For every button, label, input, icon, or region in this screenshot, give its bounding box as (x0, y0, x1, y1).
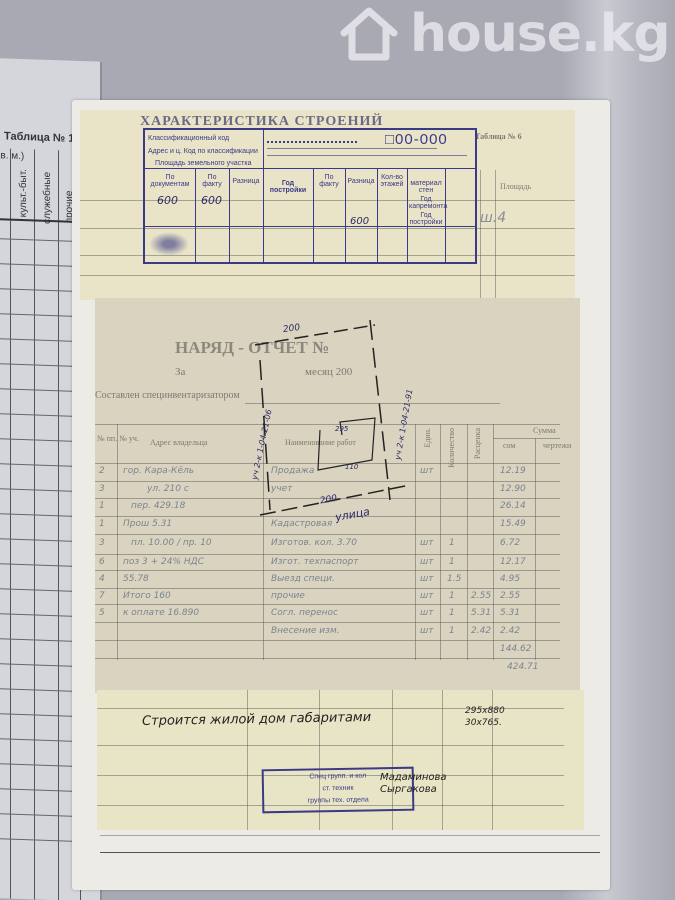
stamp-row-classification: Классификационный код (148, 135, 229, 142)
characteristics-stamp: Классификационный код Адрес и ц. Код по … (143, 128, 477, 264)
stamp-header-wall-material: материал стен (409, 180, 443, 195)
stamp-header-by-fact: По факту (197, 174, 227, 189)
stamp-value-by-fact: 600 (201, 194, 222, 207)
work-order-composed-label: Составлен специнвентаризатором (95, 390, 240, 401)
stamp-row-address: Адрес и ц. Код по классификации (148, 148, 258, 155)
stamp-value-handwritten: 600 (350, 216, 369, 227)
stamp-code: □00-000 (385, 132, 448, 148)
stamp-value-by-documents: 600 (157, 194, 178, 207)
col-header-sum-drawings: чертежи (543, 441, 571, 450)
total-1: 144.62 (500, 644, 532, 654)
house-icon (338, 5, 400, 63)
watermark-text: house.kg (410, 4, 670, 64)
plan-house-dim-2: 110 (345, 463, 358, 471)
ledger-col-service: служебные (42, 172, 53, 224)
stamp-header-renovation-year: Год капремонта (409, 196, 443, 211)
col-header-unit: Един. (423, 428, 432, 448)
ledger-col-cultural: культ.-быт. (18, 169, 29, 218)
stamp-header-difference: Разница (231, 178, 261, 185)
table6-pencil-mark: ш.4 (480, 210, 506, 226)
col-header-sum-som: сом (503, 441, 515, 450)
work-order-for-label: За (175, 366, 185, 378)
stamp-header-by-documents: По документам (147, 174, 193, 189)
stamp-header-difference-2: Разница (347, 178, 375, 185)
construction-dim-1: 295х880 (465, 706, 505, 716)
stamp-header-by-fact-2: По факту (315, 174, 343, 189)
house-kg-watermark: house.kg (338, 2, 670, 66)
stamp-header-construction-year: Год постройки (409, 212, 443, 227)
stamp-smudge (149, 232, 189, 256)
ledger-unit-label: кв. м.) (0, 150, 24, 162)
signature: Мадаминова Сыргакова (380, 772, 470, 796)
col-header-quantity: Количество (447, 428, 456, 468)
plan-house-dim-1: 295 (335, 425, 348, 433)
col-header-number: № пп. № уч. (97, 434, 139, 443)
total-2: 424.71 (507, 662, 539, 672)
table6-label: Таблица № 6 (475, 132, 522, 141)
sheet-line (100, 852, 600, 853)
col-header-sum: Сумма (533, 426, 556, 435)
stamp-header-year-built: Год постройки (265, 180, 311, 195)
stamp-header-floors: Кол-во этажей (379, 174, 405, 189)
table6-area-header: Площадь (500, 182, 531, 191)
construction-dim-2: 30х765. (465, 718, 502, 728)
sheet-line (100, 835, 600, 836)
ledger-table-label: Таблица № 1 (4, 130, 74, 144)
col-header-price: Расценка (473, 428, 482, 459)
stamp-row-plot-area: Площадь земельного участка (155, 160, 252, 167)
col-header-owner-address: Адрес владельца (150, 438, 207, 447)
